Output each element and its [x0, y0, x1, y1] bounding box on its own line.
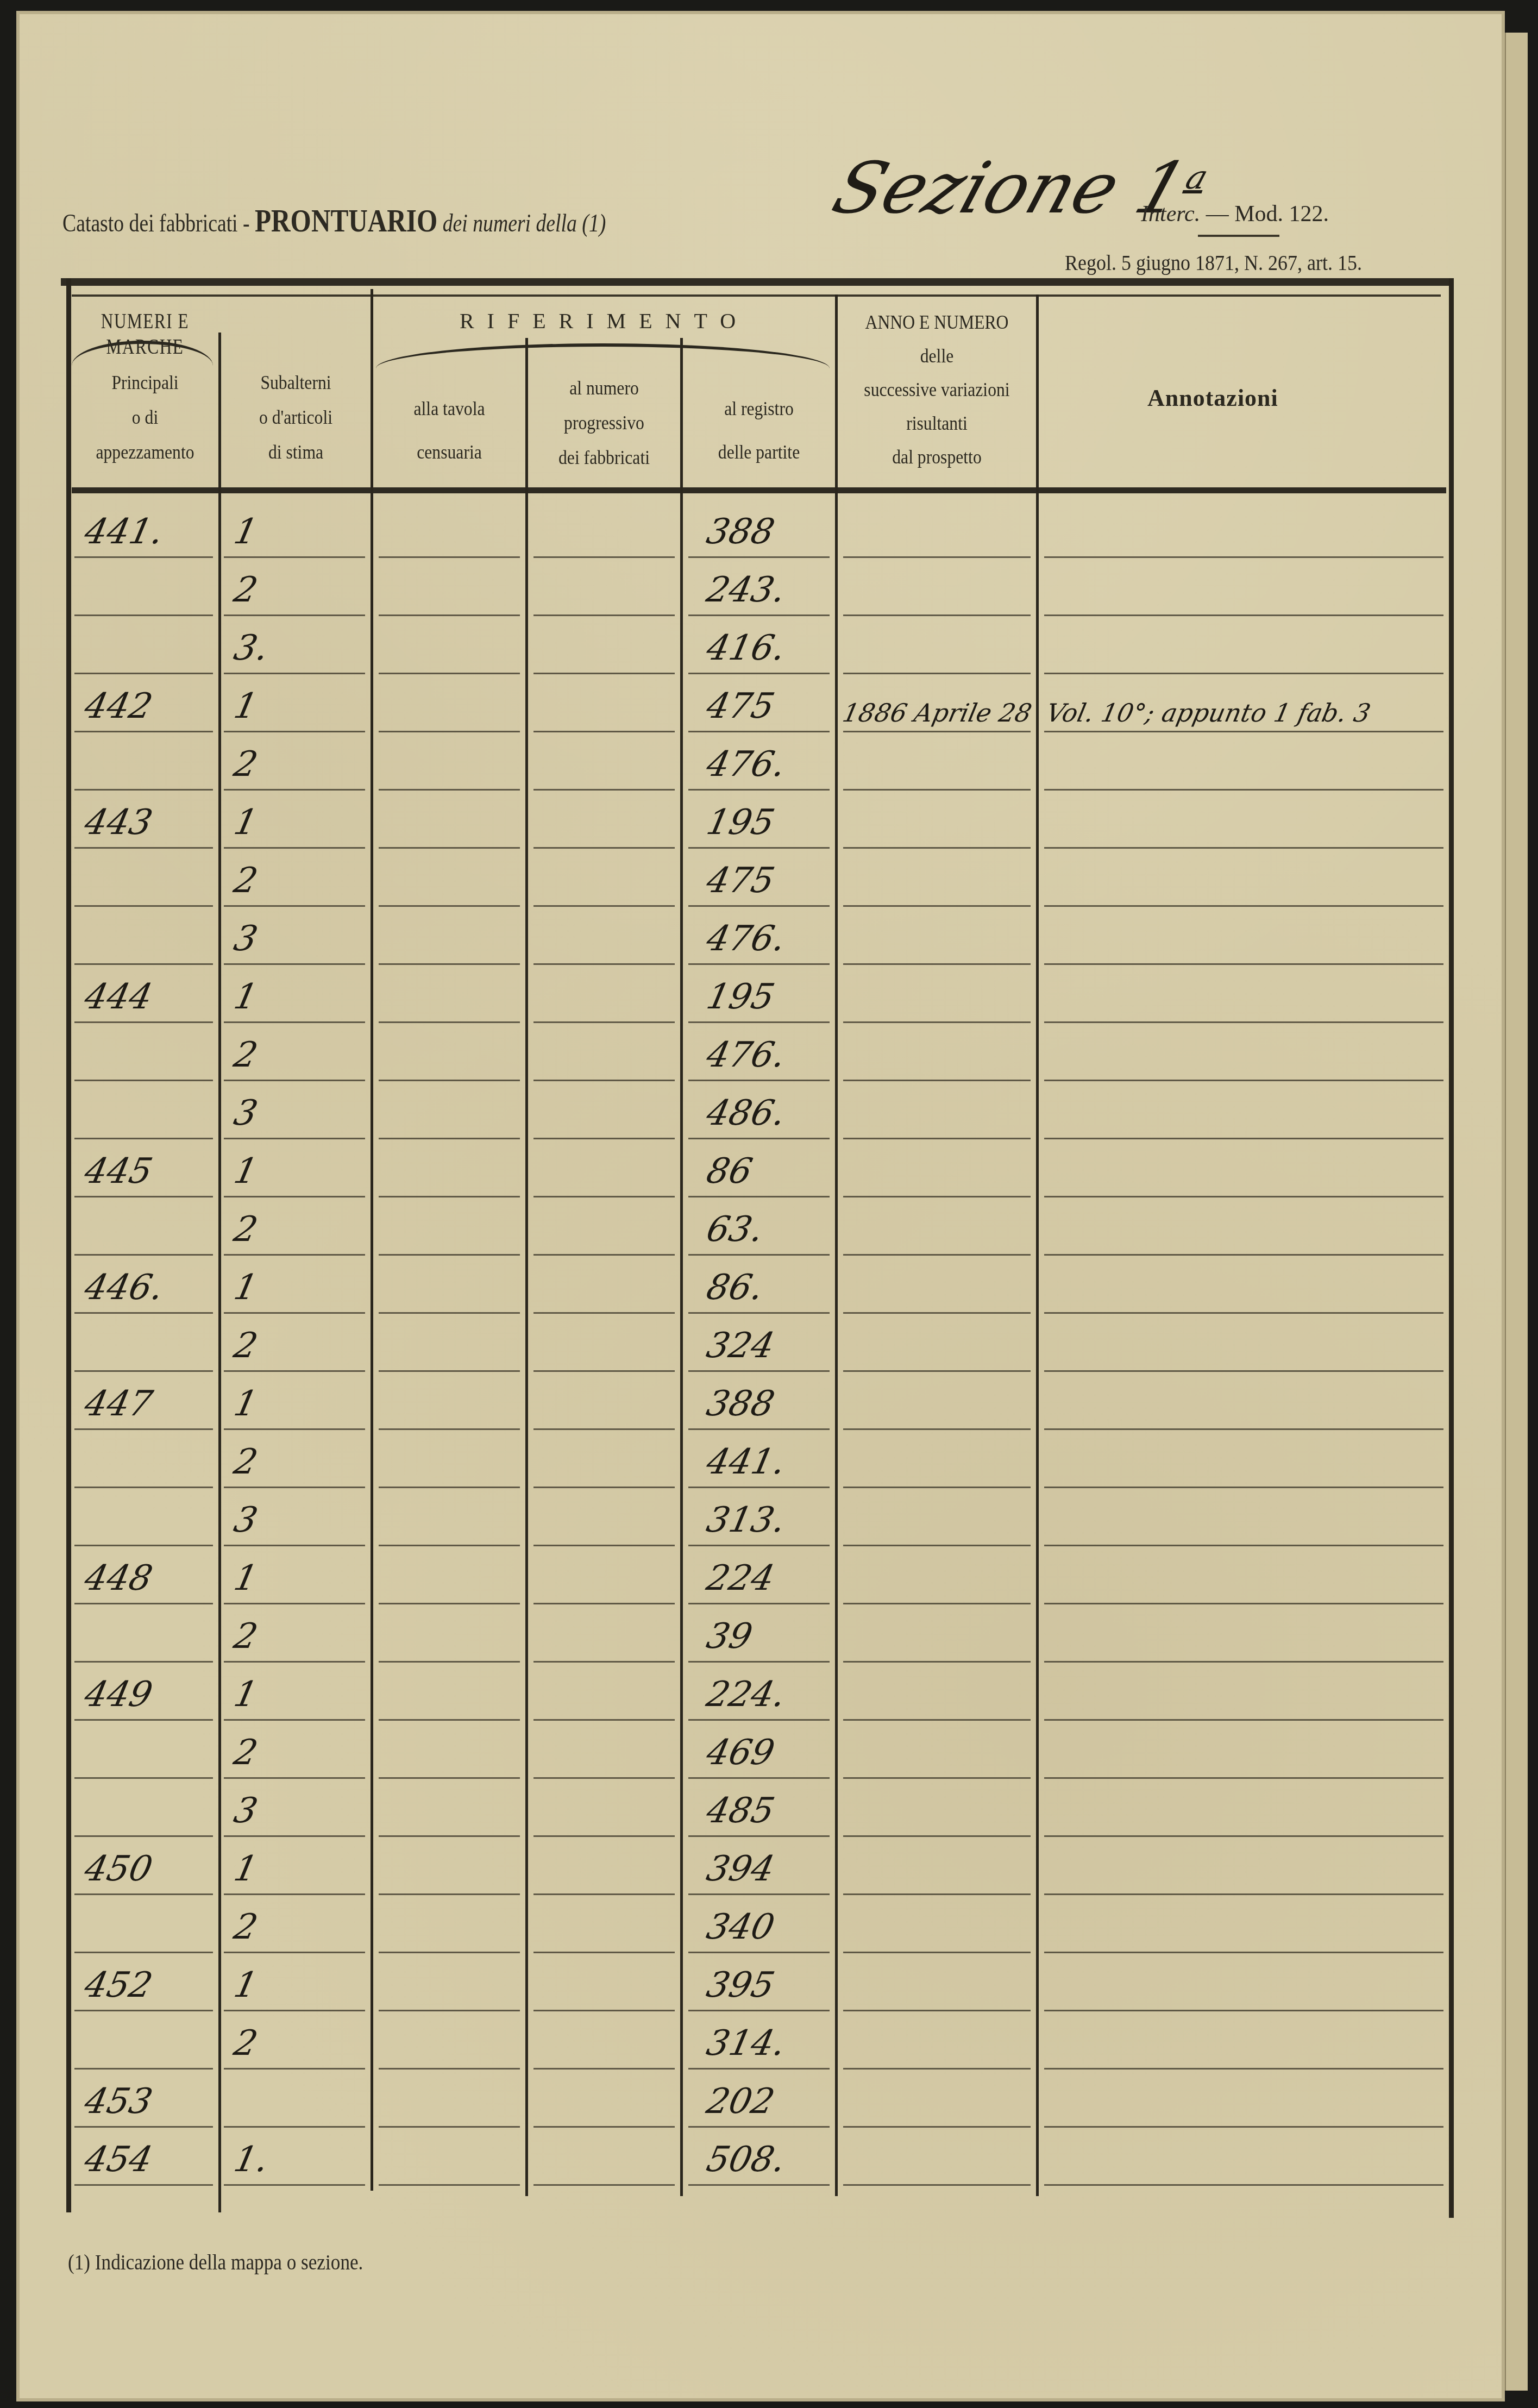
cell-registro: 63. [703, 1209, 767, 1250]
table-row: 2314. [61, 2018, 1452, 2077]
row-rule [379, 1545, 520, 1546]
row-rule [688, 2184, 830, 2186]
row-rule [533, 789, 675, 791]
row-rule [74, 1777, 213, 1779]
row-rule [74, 1603, 213, 1604]
row-rule [74, 1487, 213, 1488]
row-rule [224, 1370, 365, 1372]
header-riferimento: RIFERIMENTO [376, 308, 832, 334]
row-rule [224, 1777, 365, 1779]
row-rule [74, 1080, 213, 1081]
header-subalterni: Subalternio d'articolidi stima [230, 365, 362, 469]
row-rule [1044, 1719, 1443, 1721]
row-rule [379, 1080, 520, 1081]
row-rule [74, 1952, 213, 1953]
row-rule [224, 789, 365, 791]
table-row: 4491224. [61, 1669, 1452, 1728]
cell-registro: 476. [703, 744, 789, 785]
row-rule [843, 614, 1031, 616]
row-rule [688, 1196, 830, 1197]
row-rule [379, 1777, 520, 1779]
cell-registro: 243. [703, 570, 789, 610]
row-rule [1044, 1080, 1443, 1081]
row-rule [688, 1661, 830, 1663]
cell-principale: 445 [81, 1151, 156, 1192]
row-rule [843, 2126, 1031, 2128]
row-rule [1044, 1952, 1443, 1953]
row-rule [533, 1487, 675, 1488]
row-rule [1044, 1138, 1443, 1139]
row-rule [1044, 2068, 1443, 2070]
row-rule [843, 2010, 1031, 2011]
table-row: 4431195 [61, 797, 1452, 856]
cell-principale: 446. [81, 1268, 167, 1308]
cell-principale: 444 [81, 977, 156, 1017]
row-rule [74, 1021, 213, 1023]
row-rule [1044, 1487, 1443, 1488]
cell-registro: 486. [703, 1093, 789, 1133]
cell-subalterno: 2 [230, 1442, 261, 1482]
row-rule [688, 2126, 830, 2128]
cell-registro: 441. [703, 1442, 789, 1482]
row-rule [688, 1312, 830, 1314]
row-rule [224, 905, 365, 907]
table-row: 3313. [61, 1495, 1452, 1553]
row-rule [224, 673, 365, 674]
row-rule [843, 905, 1031, 907]
row-rule [688, 556, 830, 558]
cell-subalterno: 3 [230, 1500, 261, 1540]
row-rule [533, 1952, 675, 1953]
cell-registro: 224. [703, 1675, 789, 1715]
table-row: 3485 [61, 1785, 1452, 1844]
row-rule [533, 1545, 675, 1546]
row-rule [1044, 1661, 1443, 1663]
cell-registro: 475 [703, 861, 778, 901]
row-rule [688, 1080, 830, 1081]
row-rule [379, 1487, 520, 1488]
row-rule [74, 731, 213, 732]
row-rule [379, 673, 520, 674]
row-rule [1044, 847, 1443, 849]
row-rule [688, 1952, 830, 1953]
table-row: 3486. [61, 1088, 1452, 1146]
cell-principale: 448 [81, 1558, 156, 1598]
row-rule [1044, 2184, 1443, 2186]
table-row: 2476. [61, 1030, 1452, 1088]
cell-subalterno: 2 [230, 1733, 261, 1773]
row-rule [74, 2010, 213, 2011]
row-rule [688, 1835, 830, 1837]
row-rule [74, 2184, 213, 2186]
row-rule [224, 1893, 365, 1895]
cell-principale: 449 [81, 1675, 156, 1715]
row-rule [224, 2068, 365, 2070]
row-rule [379, 1370, 520, 1372]
cell-registro: 195 [703, 977, 778, 1017]
row-rule [533, 2010, 675, 2011]
row-rule [533, 1777, 675, 1779]
row-rule [843, 1719, 1031, 1721]
row-rule [379, 2010, 520, 2011]
row-rule [224, 1021, 365, 1023]
cell-subalterno: 2 [230, 1035, 261, 1075]
row-rule [533, 2184, 675, 2186]
table-row: 445186 [61, 1146, 1452, 1205]
row-rule [1044, 1603, 1443, 1604]
row-rule [224, 1138, 365, 1139]
cell-registro: 39 [703, 1616, 756, 1657]
cell-principale: 450 [81, 1849, 156, 1889]
row-rule [1044, 1312, 1443, 1314]
table-row: 4541.508. [61, 2134, 1452, 2193]
title-bold: PRONTUARIO [255, 203, 437, 239]
row-rule [74, 614, 213, 616]
row-rule [224, 556, 365, 558]
row-rule [74, 905, 213, 907]
row-rule [379, 1021, 520, 1023]
row-rule [224, 1835, 365, 1837]
row-rule [1044, 1545, 1443, 1546]
regulation-reference: Regol. 5 giugno 1871, N. 267, art. 15. [1065, 250, 1362, 275]
row-rule [224, 1254, 365, 1256]
row-rule [1044, 2126, 1443, 2128]
row-rule [74, 1428, 213, 1430]
cell-subalterno: 1 [230, 686, 261, 726]
cell-registro: 340 [703, 1907, 778, 1947]
row-rule [843, 1661, 1031, 1663]
row-rule [224, 847, 365, 849]
table-row: 2469 [61, 1727, 1452, 1786]
row-rule [533, 2068, 675, 2070]
form-title: Catasto dei fabbricati - PRONTUARIO dei … [62, 202, 606, 240]
row-rule [688, 731, 830, 732]
brace [376, 343, 830, 368]
row-rule [379, 1952, 520, 1953]
row-rule [379, 789, 520, 791]
row-rule [379, 2184, 520, 2186]
row-rule [74, 1893, 213, 1895]
row-rule [74, 1254, 213, 1256]
row-rule [379, 1254, 520, 1256]
row-rule [74, 1835, 213, 1837]
cell-subalterno: 1 [230, 802, 261, 843]
row-rule [843, 556, 1031, 558]
row-rule [688, 1893, 830, 1895]
row-rule [74, 673, 213, 674]
header-numero: al numeroprogressivodei fabbricati [537, 371, 671, 475]
cell-subalterno: 1 [230, 512, 261, 552]
row-rule [224, 1428, 365, 1430]
row-rule [379, 1312, 520, 1314]
row-rule [533, 673, 675, 674]
row-rule [379, 1893, 520, 1895]
divider [1198, 235, 1279, 237]
cell-registro: 202 [703, 2081, 778, 2122]
row-rule [843, 1835, 1031, 1837]
cell-subalterno: 3 [230, 919, 261, 959]
row-rule [843, 1428, 1031, 1430]
header-principali: Principalio diappezzamento [80, 365, 210, 469]
row-rule [379, 2126, 520, 2128]
table-row: 239 [61, 1611, 1452, 1670]
cell-subalterno: 1. [230, 2140, 272, 2180]
row-rule [533, 1835, 675, 1837]
row-rule [843, 1603, 1031, 1604]
divider [61, 278, 1452, 286]
row-rule [843, 2184, 1031, 2186]
divider [72, 487, 1446, 493]
row-rule [843, 789, 1031, 791]
row-rule [843, 1487, 1031, 1488]
cell-registro: 485 [703, 1791, 778, 1831]
table-row: 263. [61, 1204, 1452, 1263]
row-rule [1044, 1777, 1443, 1779]
row-rule [843, 2068, 1031, 2070]
row-rule [1044, 1370, 1443, 1372]
header-tavola: alla tavolacensuaria [382, 387, 516, 474]
row-rule [1044, 905, 1443, 907]
row-rule [533, 1893, 675, 1895]
row-rule [533, 1428, 675, 1430]
row-rule [224, 1545, 365, 1546]
row-rule [533, 1719, 675, 1721]
row-rule [74, 1719, 213, 1721]
row-rule [224, 2010, 365, 2011]
row-rule [224, 1487, 365, 1488]
row-rule [379, 1428, 520, 1430]
row-rule [74, 1545, 213, 1546]
row-rule [843, 1893, 1031, 1895]
row-rule [688, 963, 830, 965]
row-rule [224, 1196, 365, 1197]
row-rule [224, 1952, 365, 1953]
row-rule [688, 614, 830, 616]
row-rule [379, 1719, 520, 1721]
cell-registro: 86 [703, 1151, 756, 1192]
row-rule [843, 1777, 1031, 1779]
cell-subalterno: 3 [230, 1093, 261, 1133]
title-prefix: Catasto dei fabbricati - [62, 209, 250, 237]
row-rule [688, 1545, 830, 1546]
row-rule [379, 905, 520, 907]
cell-subalterno: 1 [230, 1675, 261, 1715]
row-rule [74, 2068, 213, 2070]
cell-subalterno: 2 [230, 1209, 261, 1250]
row-rule [843, 731, 1031, 732]
table-row: 2243. [61, 565, 1452, 623]
cell-subalterno: 2 [230, 744, 261, 785]
row-rule [843, 1952, 1031, 1953]
header-anno: ANNO E NUMEROdellesuccessive variazionir… [850, 305, 1024, 474]
table-row: 4481224 [61, 1553, 1452, 1611]
table-row: 4521395 [61, 1960, 1452, 2018]
cell-registro: 394 [703, 1849, 778, 1889]
cell-principale: 443 [81, 802, 156, 843]
row-rule [843, 847, 1031, 849]
row-rule [74, 1370, 213, 1372]
cell-subalterno: 3 [230, 1791, 261, 1831]
row-rule [1044, 731, 1443, 732]
row-rule [74, 1661, 213, 1663]
row-rule [843, 1254, 1031, 1256]
row-rule [379, 2068, 520, 2070]
row-rule [688, 789, 830, 791]
row-rule [688, 1138, 830, 1139]
cell-registro: 86. [703, 1268, 767, 1308]
cell-registro: 388 [703, 512, 778, 552]
row-rule [379, 1661, 520, 1663]
row-rule [379, 731, 520, 732]
row-rule [688, 1254, 830, 1256]
row-rule [688, 905, 830, 907]
cell-subalterno: 1 [230, 1268, 261, 1308]
table-row: 4501394 [61, 1843, 1452, 1902]
row-rule [843, 1545, 1031, 1546]
cell-subalterno: 1 [230, 1384, 261, 1424]
table-row: 2340 [61, 1902, 1452, 1960]
row-rule [533, 847, 675, 849]
cell-registro: 195 [703, 802, 778, 843]
table-row: 3476. [61, 913, 1452, 972]
row-rule [379, 963, 520, 965]
row-rule [74, 2126, 213, 2128]
row-rule [688, 1370, 830, 1372]
cell-registro: 224 [703, 1558, 778, 1598]
register-table: NUMERI E MARCHE RIFERIMENTO Principalio … [61, 278, 1452, 2234]
title-italic: dei numeri della (1) [443, 209, 606, 237]
cell-registro: 324 [703, 1326, 778, 1366]
row-rule [224, 1603, 365, 1604]
row-rule [533, 1254, 675, 1256]
row-rule [533, 1370, 675, 1372]
row-rule [843, 1021, 1031, 1023]
row-rule [843, 1138, 1031, 1139]
row-rule [379, 614, 520, 616]
row-rule [1044, 614, 1443, 616]
row-rule [74, 1312, 213, 1314]
table-row: 2476. [61, 739, 1452, 798]
table-row: 2475 [61, 855, 1452, 914]
cell-registro: 476. [703, 919, 789, 959]
cell-registro: 388 [703, 1384, 778, 1424]
cell-registro: 416. [703, 628, 789, 668]
row-rule [533, 1021, 675, 1023]
cell-principale: 454 [81, 2140, 156, 2180]
row-rule [224, 1312, 365, 1314]
row-rule [74, 1138, 213, 1139]
row-rule [224, 1719, 365, 1721]
table-row: 2324 [61, 1320, 1452, 1379]
divider [72, 294, 1441, 297]
cell-anno: 1886 Aprile 28 [840, 698, 1034, 728]
cell-subalterno: 1 [230, 1965, 261, 2005]
cell-registro: 508. [703, 2140, 789, 2180]
model-number: Interc. — Mod. 122. [1141, 201, 1329, 227]
row-rule [379, 847, 520, 849]
row-rule [533, 1138, 675, 1139]
table-row: 4441195 [61, 971, 1452, 1030]
cell-subalterno: 3. [230, 628, 272, 668]
row-rule [688, 1021, 830, 1023]
table-row: 441.1388 [61, 506, 1452, 565]
row-rule [224, 963, 365, 965]
row-rule [1044, 1893, 1443, 1895]
row-rule [533, 963, 675, 965]
row-rule [1044, 963, 1443, 965]
row-rule [1044, 2010, 1443, 2011]
row-rule [533, 1196, 675, 1197]
row-rule [1044, 1835, 1443, 1837]
cell-registro: 475 [703, 686, 778, 726]
row-rule [533, 614, 675, 616]
cell-principale: 447 [81, 1384, 156, 1424]
cell-subalterno: 1 [230, 1151, 261, 1192]
row-rule [224, 1080, 365, 1081]
row-rule [533, 1661, 675, 1663]
cell-registro: 313. [703, 1500, 789, 1540]
row-rule [1044, 1254, 1443, 1256]
row-rule [74, 1196, 213, 1197]
row-rule [533, 731, 675, 732]
row-rule [843, 1370, 1031, 1372]
table-row: 2441. [61, 1437, 1452, 1495]
cell-subalterno: 2 [230, 1616, 261, 1657]
row-rule [1044, 1021, 1443, 1023]
table-row: 446.186. [61, 1262, 1452, 1321]
row-rule [379, 556, 520, 558]
row-rule [843, 963, 1031, 965]
cell-subalterno: 1 [230, 977, 261, 1017]
row-rule [224, 731, 365, 732]
row-rule [843, 673, 1031, 674]
row-rule [688, 847, 830, 849]
cell-principale: 452 [81, 1965, 156, 2005]
cell-subalterno: 2 [230, 570, 261, 610]
cell-subalterno: 2 [230, 1907, 261, 1947]
row-rule [1044, 556, 1443, 558]
table-row: 4471388 [61, 1378, 1452, 1437]
row-rule [1044, 1428, 1443, 1430]
row-rule [74, 556, 213, 558]
row-rule [533, 1603, 675, 1604]
row-rule [843, 1196, 1031, 1197]
row-rule [379, 1835, 520, 1837]
cell-subalterno: 1 [230, 1558, 261, 1598]
row-rule [843, 1080, 1031, 1081]
cell-annotazioni: Vol. 10°; appunto 1 fab. 3 [1044, 698, 1373, 728]
row-rule [1044, 673, 1443, 674]
cell-principale: 453 [81, 2081, 156, 2122]
table-row: 44214751886 Aprile 28Vol. 10°; appunto 1… [61, 681, 1452, 739]
table-row: 453202 [61, 2076, 1452, 2135]
cell-principale: 441. [81, 512, 167, 552]
row-rule [688, 1487, 830, 1488]
footnote: (1) Indicazione della mappa o sezione. [68, 2249, 363, 2275]
row-rule [74, 789, 213, 791]
row-rule [688, 1719, 830, 1721]
row-rule [688, 673, 830, 674]
row-rule [533, 1080, 675, 1081]
row-rule [1044, 789, 1443, 791]
row-rule [379, 1196, 520, 1197]
row-rule [843, 1312, 1031, 1314]
cell-subalterno: 2 [230, 2023, 261, 2064]
cell-subalterno: 2 [230, 861, 261, 901]
header-annotazioni: Annotazioni [1147, 384, 1278, 412]
row-rule [688, 2068, 830, 2070]
cell-subalterno: 2 [230, 1326, 261, 1366]
